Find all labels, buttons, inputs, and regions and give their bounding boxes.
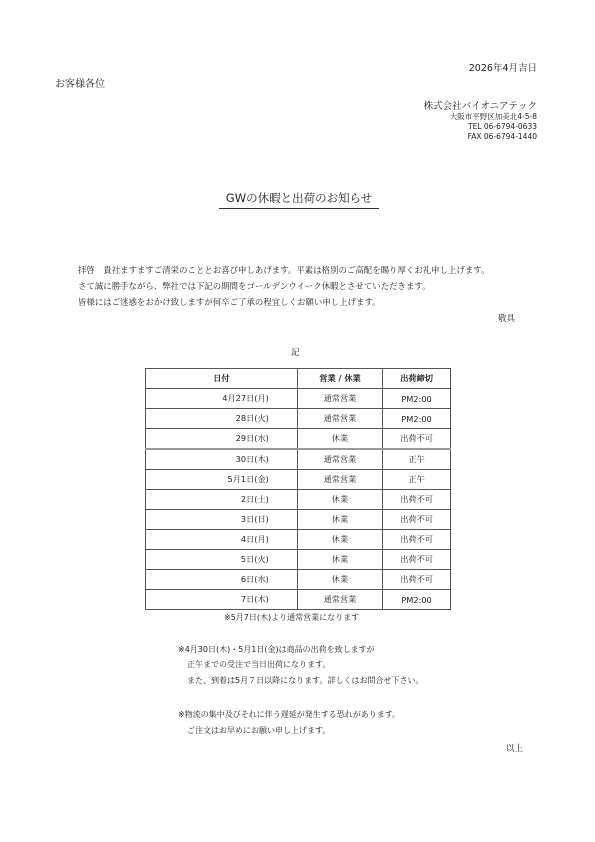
closing-keigu: 敬具 [498, 312, 515, 324]
note-1-line-2: 正午までの受注で当日出荷になります。 [187, 659, 330, 670]
cell-date: 28日(火) [146, 409, 298, 429]
cell-cutoff: 出荷不可 [383, 530, 451, 550]
body-line-1: 拝啓 貴社ますますご清栄のこととお喜び申しあげます。平素は格別のご高配を賜り厚く… [78, 264, 489, 276]
cell-cutoff: 出荷不可 [383, 429, 451, 450]
schedule-table: 日付 営業 / 休業 出荷締切 4月27日(月)通常営業PM2:00 28日(火… [145, 368, 451, 610]
table-row: 30日(木)通常営業正午 [146, 449, 451, 470]
table-footnote: ※5月7日(木)より通常営業になります [224, 612, 359, 623]
table-row: 5月1日(金)通常営業正午 [146, 470, 451, 490]
company-tel: TEL 06-6794-0633 [468, 122, 537, 131]
company-fax: FAX 06-6794-1440 [468, 132, 537, 141]
table-row: 4月27日(月)通常営業PM2:00 [146, 389, 451, 409]
cell-date: 4月27日(月) [146, 389, 298, 409]
cell-status: 休業 [297, 570, 382, 590]
cell-date: 3日(日) [146, 510, 298, 530]
cell-date: 5月1日(金) [146, 470, 298, 490]
company-address: 大阪市平野区加美北4-5-8 [450, 111, 537, 122]
cell-cutoff: 出荷不可 [383, 550, 451, 570]
note-1-line-3: また、到着は5月７日以降になります。詳しくはお問合せ下さい。 [187, 675, 423, 686]
body-line-3: 皆様にはご迷惑をおかけ致しますが何卒ご了承の程宜しくお願い申し上げます。 [78, 296, 381, 308]
note-2-line-1: ※物流の集中及びそれに伴う遅延が発生する恐れがあります。 [178, 709, 400, 720]
cell-date: 6日(水) [146, 570, 298, 590]
cell-status: 通常営業 [297, 409, 382, 429]
header-date: 日付 [146, 369, 298, 389]
cell-cutoff: 出荷不可 [383, 570, 451, 590]
cell-date: 7日(木) [146, 590, 298, 610]
cell-cutoff: 出荷不可 [383, 510, 451, 530]
table-row: 6日(水)休業出荷不可 [146, 570, 451, 590]
cell-status: 通常営業 [297, 389, 382, 409]
cell-date: 4日(月) [146, 530, 298, 550]
header-cutoff: 出荷締切 [383, 369, 451, 389]
cell-cutoff: PM2:00 [383, 590, 451, 610]
cell-date: 29日(水) [146, 429, 298, 450]
cell-status: 休業 [297, 490, 382, 510]
cell-status: 休業 [297, 530, 382, 550]
issue-date: 2026年4月吉日 [469, 60, 537, 74]
table-header-row: 日付 営業 / 休業 出荷締切 [146, 369, 451, 389]
cell-status: 通常営業 [297, 449, 382, 470]
body-line-2: さて誠に勝手ながら、弊社では下記の期間をゴールデンウイーク休暇とさせていただきま… [78, 280, 431, 292]
table-row: 4日(月)休業出荷不可 [146, 530, 451, 550]
cell-cutoff: PM2:00 [383, 389, 451, 409]
table-row: 5日(火)休業出荷不可 [146, 550, 451, 570]
note-1-line-1: ※4月30日(木)・5月1日(金)は商品の出荷を致しますが [178, 644, 375, 655]
cell-status: 休業 [297, 429, 382, 450]
cell-date: 2日(土) [146, 490, 298, 510]
cell-date: 30日(木) [146, 449, 298, 470]
recipient: お客様各位 [55, 75, 105, 90]
cell-status: 休業 [297, 550, 382, 570]
table-row: 7日(木)通常営業PM2:00 [146, 590, 451, 610]
cell-cutoff: 出荷不可 [383, 490, 451, 510]
header-status: 営業 / 休業 [297, 369, 382, 389]
note-2-line-2: ご注文はお早めにお願い申し上げます。 [187, 725, 330, 736]
ki-heading: 記 [291, 346, 300, 358]
company-name: 株式会社バイオニアテック [424, 98, 537, 112]
cell-status: 通常営業 [297, 470, 382, 490]
cell-cutoff: 正午 [383, 470, 451, 490]
table-row: 2日(土)休業出荷不可 [146, 490, 451, 510]
table-row: 3日(日)休業出荷不可 [146, 510, 451, 530]
cell-status: 休業 [297, 510, 382, 530]
cell-date: 5日(火) [146, 550, 298, 570]
cell-status: 通常営業 [297, 590, 382, 610]
closing-ijou: 以上 [506, 742, 523, 754]
cell-cutoff: 正午 [383, 449, 451, 470]
table-row: 28日(火)通常営業PM2:00 [146, 409, 451, 429]
cell-cutoff: PM2:00 [383, 409, 451, 429]
table-row: 29日(水)休業出荷不可 [146, 429, 451, 450]
document-title: GWの休暇と出荷のお知らせ [219, 190, 379, 209]
